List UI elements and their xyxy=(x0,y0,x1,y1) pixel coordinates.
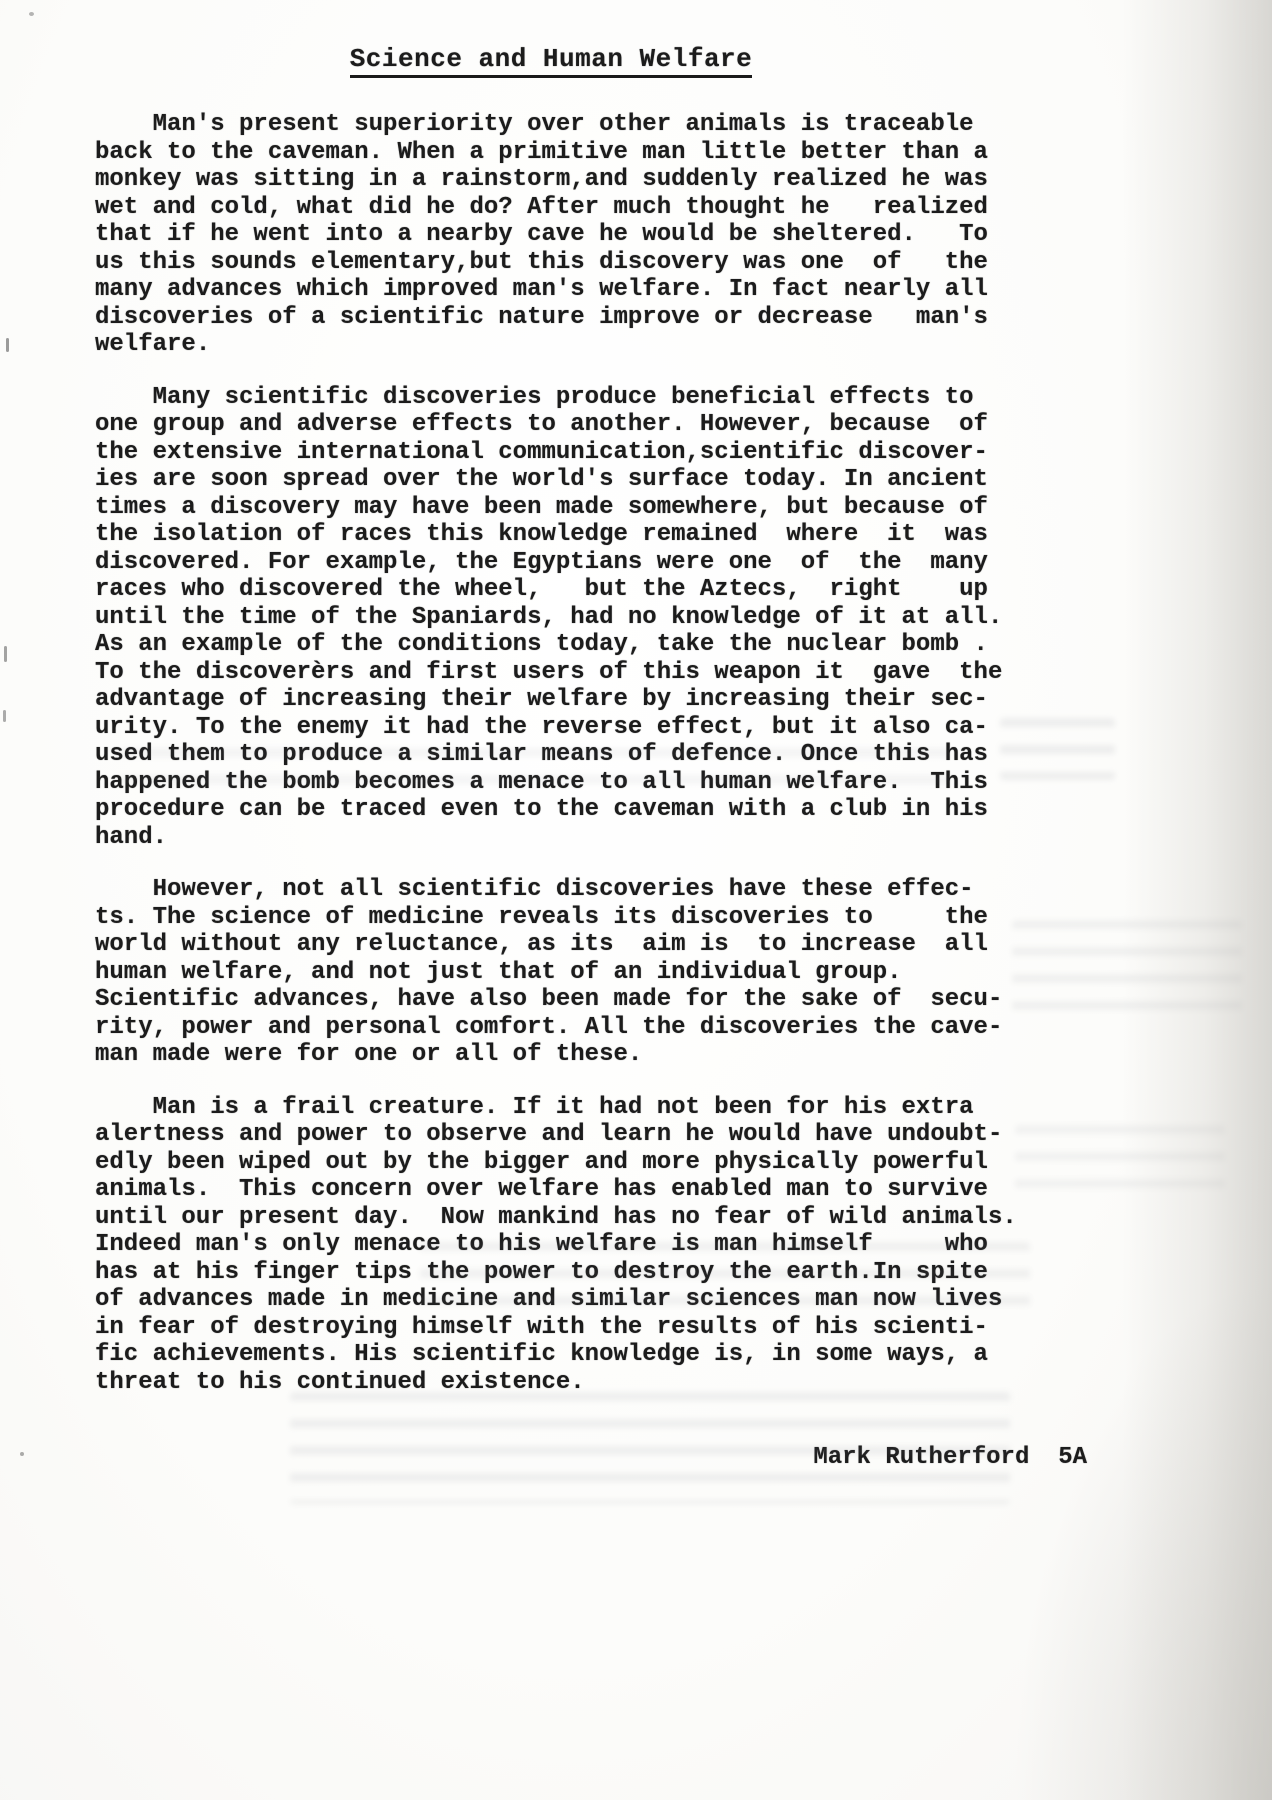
text-line: fic achievements. His scientific knowled… xyxy=(95,1341,1007,1369)
text-line: monkey was sitting in a rainstorm,and su… xyxy=(95,166,1007,194)
text-line: until the time of the Spaniards, had no … xyxy=(95,604,1007,632)
text-line: in fear of destroying himself with the r… xyxy=(95,1314,1007,1342)
text-line: ies are soon spread over the world's sur… xyxy=(95,466,1007,494)
document-title: Science and Human Welfare xyxy=(350,44,753,78)
text-line: races who discovered the wheel, but the … xyxy=(95,576,1007,604)
text-line: many advances which improved man's welfa… xyxy=(95,276,1007,304)
scan-speck xyxy=(4,646,7,662)
bleed-through-smudge xyxy=(1012,920,1242,1020)
paragraph: Many scientific discoveries produce bene… xyxy=(95,384,1007,852)
text-line: animals. This concern over welfare has e… xyxy=(95,1176,1007,1204)
bleed-through-smudge xyxy=(1015,1125,1225,1193)
text-line: happened the bomb becomes a menace to al… xyxy=(95,769,1007,797)
text-line: welfare. xyxy=(95,331,1007,359)
scan-edge-shading xyxy=(1122,0,1272,1800)
signature-line: Mark Rutherford 5A xyxy=(95,1444,1087,1471)
text-line: that if he went into a nearby cave he wo… xyxy=(95,221,1007,249)
text-line: back to the caveman. When a primitive ma… xyxy=(95,139,1007,167)
paragraph: Man is a frail creature. If it had not b… xyxy=(95,1094,1007,1397)
text-line: To the discoverèrs and first users of th… xyxy=(95,659,1007,687)
text-line: used them to produce a similar means of … xyxy=(95,741,1007,769)
text-line: discovered. For example, the Egyptians w… xyxy=(95,549,1007,577)
text-line: wet and cold, what did he do? After much… xyxy=(95,194,1007,222)
text-line: hand. xyxy=(95,824,1007,852)
text-line: Man is a frail creature. If it had not b… xyxy=(95,1094,1007,1122)
text-line: Many scientific discoveries produce bene… xyxy=(95,384,1007,412)
text-line: world without any reluctance, as its aim… xyxy=(95,931,1007,959)
class-label: 5A xyxy=(1058,1444,1087,1471)
text-line: ts. The science of medicine reveals its … xyxy=(95,904,1007,932)
paragraph: However, not all scientific discoveries … xyxy=(95,876,1007,1069)
document-body: Man's present superiority over other ani… xyxy=(95,111,1007,1396)
bleed-through-smudge xyxy=(1000,718,1115,780)
scan-speck xyxy=(3,710,6,722)
text-line: edly been wiped out by the bigger and mo… xyxy=(95,1149,1007,1177)
text-line: Scientific advances, have also been made… xyxy=(95,986,1007,1014)
author-name: Mark Rutherford xyxy=(813,1444,1029,1471)
text-line: the isolation of races this knowledge re… xyxy=(95,521,1007,549)
text-line: procedure can be traced even to the cave… xyxy=(95,796,1007,824)
scanned-page: Science and Human Welfare Man's present … xyxy=(0,0,1272,1800)
text-line: human welfare, and not just that of an i… xyxy=(95,959,1007,987)
text-line: threat to his continued existence. xyxy=(95,1369,1007,1397)
text-line: However, not all scientific discoveries … xyxy=(95,876,1007,904)
text-line: us this sounds elementary,but this disco… xyxy=(95,249,1007,277)
text-line: one group and adverse effects to another… xyxy=(95,411,1007,439)
title-row: Science and Human Welfare xyxy=(95,44,1007,78)
scan-speck xyxy=(29,12,34,16)
text-line: the extensive international communicatio… xyxy=(95,439,1007,467)
text-line: times a discovery may have been made som… xyxy=(95,494,1007,522)
document-content: Science and Human Welfare Man's present … xyxy=(95,44,1007,1421)
text-line: As an example of the conditions today, t… xyxy=(95,631,1007,659)
paragraph: Man's present superiority over other ani… xyxy=(95,111,1007,359)
scan-speck xyxy=(6,338,9,352)
text-line: Man's present superiority over other ani… xyxy=(95,111,1007,139)
text-line: man made were for one or all of these. xyxy=(95,1041,1007,1069)
text-line: of advances made in medicine and similar… xyxy=(95,1286,1007,1314)
scan-speck xyxy=(20,1452,24,1456)
text-line: rity, power and personal comfort. All th… xyxy=(95,1014,1007,1042)
text-line: advantage of increasing their welfare by… xyxy=(95,686,1007,714)
text-line: until our present day. Now mankind has n… xyxy=(95,1204,1007,1232)
text-line: discoveries of a scientific nature impro… xyxy=(95,304,1007,332)
scan-corner-shading xyxy=(1012,1280,1272,1800)
text-line: urity. To the enemy it had the reverse e… xyxy=(95,714,1007,742)
text-line: alertness and power to observe and learn… xyxy=(95,1121,1007,1149)
signature-gap xyxy=(1029,1444,1058,1471)
text-line: Indeed man's only menace to his welfare … xyxy=(95,1231,1007,1259)
text-line: has at his finger tips the power to dest… xyxy=(95,1259,1007,1287)
